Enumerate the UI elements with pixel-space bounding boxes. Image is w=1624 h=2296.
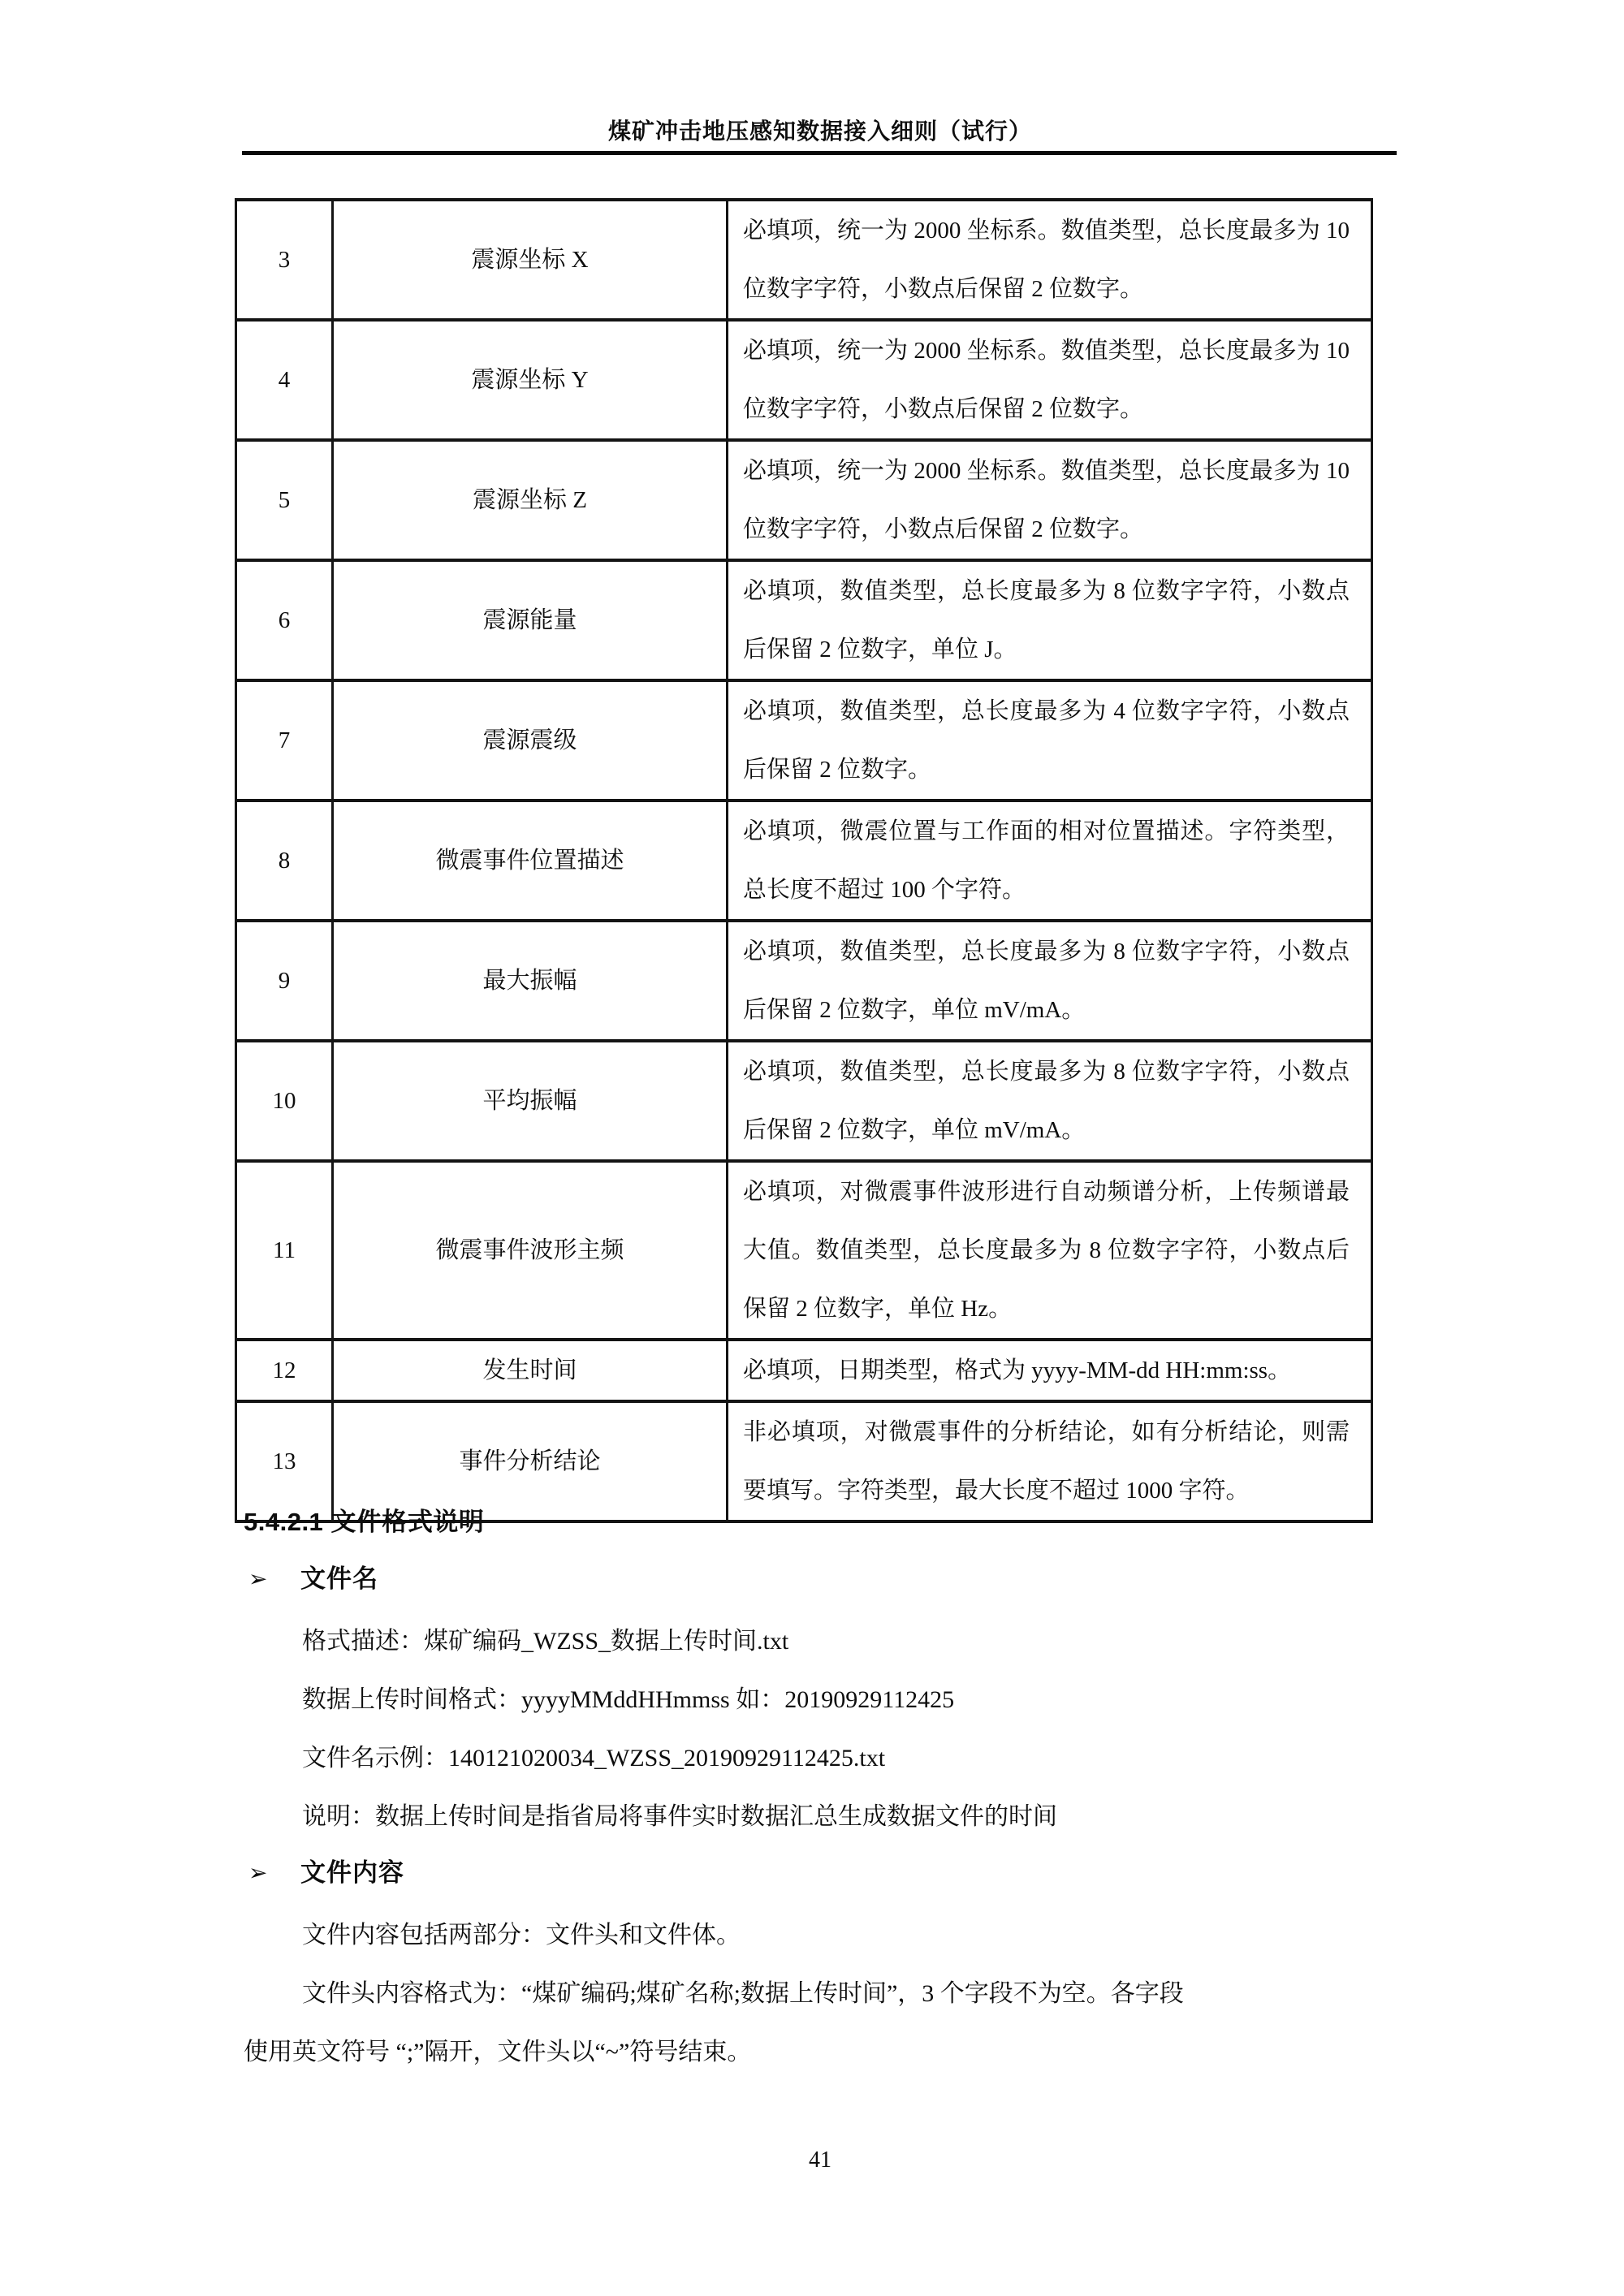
document-page: 煤矿冲击地压感知数据接入细则（试行） 3 震源坐标 X 必填项，统一为 2000… [0,0,1624,2296]
content-paragraph-2: 文件头内容格式为：“煤矿编码;煤矿名称;数据上传时间”，3 个字段不为空。各字段… [244,1965,1398,2082]
row-number-cell: 12 [236,1340,333,1401]
field-name-cell: 震源震级 [333,680,728,801]
row-number-cell: 10 [236,1041,333,1161]
description-cell: 必填项，数值类型，总长度最多为 8 位数字字符，小数点后保留 2 位数字，单位 … [728,1041,1372,1161]
table-row: 3 震源坐标 X 必填项，统一为 2000 坐标系。数值类型，总长度最多为 10… [236,200,1372,320]
table-row: 4 震源坐标 Y 必填项，统一为 2000 坐标系。数值类型，总长度最多为 10… [236,320,1372,440]
page-number: 41 [244,2147,1397,2173]
field-name-cell: 平均振幅 [333,1041,728,1161]
bullet-item-content: ➢ 文件内容 [244,1851,1398,1895]
bullet-item-filename: ➢ 文件名 [244,1557,1398,1601]
table-row: 9 最大振幅 必填项，数值类型，总长度最多为 8 位数字字符，小数点后保留 2 … [236,921,1372,1041]
description-cell: 必填项，日期类型，格式为 yyyy-MM-dd HH:mm:ss。 [728,1340,1372,1401]
arrow-bullet-icon: ➢ [244,1851,300,1895]
filename-detail-line: 数据上传时间格式：yyyyMMddHHmmss 如：20190929112425 [244,1671,1398,1729]
description-cell: 必填项，数值类型，总长度最多为 8 位数字字符，小数点后保留 2 位数字，单位 … [728,560,1372,680]
bullet-label-content: 文件内容 [300,1851,404,1895]
field-name-cell: 微震事件波形主频 [333,1161,728,1340]
row-number-cell: 9 [236,921,333,1041]
row-number-cell: 5 [236,440,333,560]
filename-detail-text: 数据上传时间格式：yyyyMMddHHmmss 如：20190929112425 [302,1686,954,1713]
field-definition-table: 3 震源坐标 X 必填项，统一为 2000 坐标系。数值类型，总长度最多为 10… [235,198,1373,1523]
filename-detail-text: 文件名示例：140121020034_WZSS_20190929112425.t… [302,1745,885,1772]
filename-detail-line: 格式描述：煤矿编码_WZSS_数据上传时间.txt [244,1612,1398,1671]
description-cell: 必填项，数值类型，总长度最多为 4 位数字字符，小数点后保留 2 位数字。 [728,680,1372,801]
table-row: 11 微震事件波形主频 必填项，对微震事件波形进行自动频谱分析，上传频谱最大值。… [236,1161,1372,1340]
table-body: 3 震源坐标 X 必填项，统一为 2000 坐标系。数值类型，总长度最多为 10… [236,200,1372,1521]
section-heading: 5.4.2.1 文件格式说明 [244,1502,1398,1543]
table-row: 8 微震事件位置描述 必填项，微震位置与工作面的相对位置描述。字符类型，总长度不… [236,801,1372,921]
description-cell: 必填项，统一为 2000 坐标系。数值类型，总长度最多为 10 位数字字符，小数… [728,200,1372,320]
table-row: 10 平均振幅 必填项，数值类型，总长度最多为 8 位数字字符，小数点后保留 2… [236,1041,1372,1161]
filename-detail-text: 格式描述：煤矿编码_WZSS_数据上传时间.txt [302,1628,788,1655]
table-row: 7 震源震级 必填项，数值类型，总长度最多为 4 位数字字符，小数点后保留 2 … [236,680,1372,801]
field-name-cell: 震源坐标 Z [333,440,728,560]
row-number-cell: 11 [236,1161,333,1340]
content-paragraph-1: 文件内容包括两部分：文件头和文件体。 [244,1906,1398,1965]
row-number-cell: 3 [236,200,333,320]
row-number-cell: 7 [236,680,333,801]
row-number-cell: 4 [236,320,333,440]
description-cell: 必填项，统一为 2000 坐标系。数值类型，总长度最多为 10 位数字字符，小数… [728,440,1372,560]
page-header-title: 煤矿冲击地压感知数据接入细则（试行） [244,114,1397,146]
row-number-cell: 8 [236,801,333,921]
field-name-cell: 最大振幅 [333,921,728,1041]
field-name-cell: 震源坐标 Y [333,320,728,440]
description-cell: 必填项，对微震事件波形进行自动频谱分析，上传频谱最大值。数值类型，总长度最多为 … [728,1161,1372,1340]
row-number-cell: 6 [236,560,333,680]
field-name-cell: 震源能量 [333,560,728,680]
field-name-cell: 微震事件位置描述 [333,801,728,921]
description-cell: 必填项，数值类型，总长度最多为 8 位数字字符，小数点后保留 2 位数字，单位 … [728,921,1372,1041]
field-name-cell: 发生时间 [333,1340,728,1401]
field-name-cell: 震源坐标 X [333,200,728,320]
table-row: 5 震源坐标 Z 必填项，统一为 2000 坐标系。数值类型，总长度最多为 10… [236,440,1372,560]
description-cell: 必填项，统一为 2000 坐标系。数值类型，总长度最多为 10 位数字字符，小数… [728,320,1372,440]
table-row: 6 震源能量 必填项，数值类型，总长度最多为 8 位数字字符，小数点后保留 2 … [236,560,1372,680]
filename-detail-line: 文件名示例：140121020034_WZSS_20190929112425.t… [244,1729,1398,1788]
file-format-section: 5.4.2.1 文件格式说明 ➢ 文件名 格式描述：煤矿编码_WZSS_数据上传… [244,1502,1398,2082]
header-divider [242,151,1397,155]
description-cell: 必填项，微震位置与工作面的相对位置描述。字符类型，总长度不超过 100 个字符。 [728,801,1372,921]
table-row: 12 发生时间 必填项，日期类型，格式为 yyyy-MM-dd HH:mm:ss… [236,1340,1372,1401]
arrow-bullet-icon: ➢ [244,1557,300,1601]
bullet-label-filename: 文件名 [300,1557,378,1601]
filename-detail-line: 说明：数据上传时间是指省局将事件实时数据汇总生成数据文件的时间 [244,1788,1398,1846]
filename-detail-text: 说明：数据上传时间是指省局将事件实时数据汇总生成数据文件的时间 [302,1803,1057,1830]
